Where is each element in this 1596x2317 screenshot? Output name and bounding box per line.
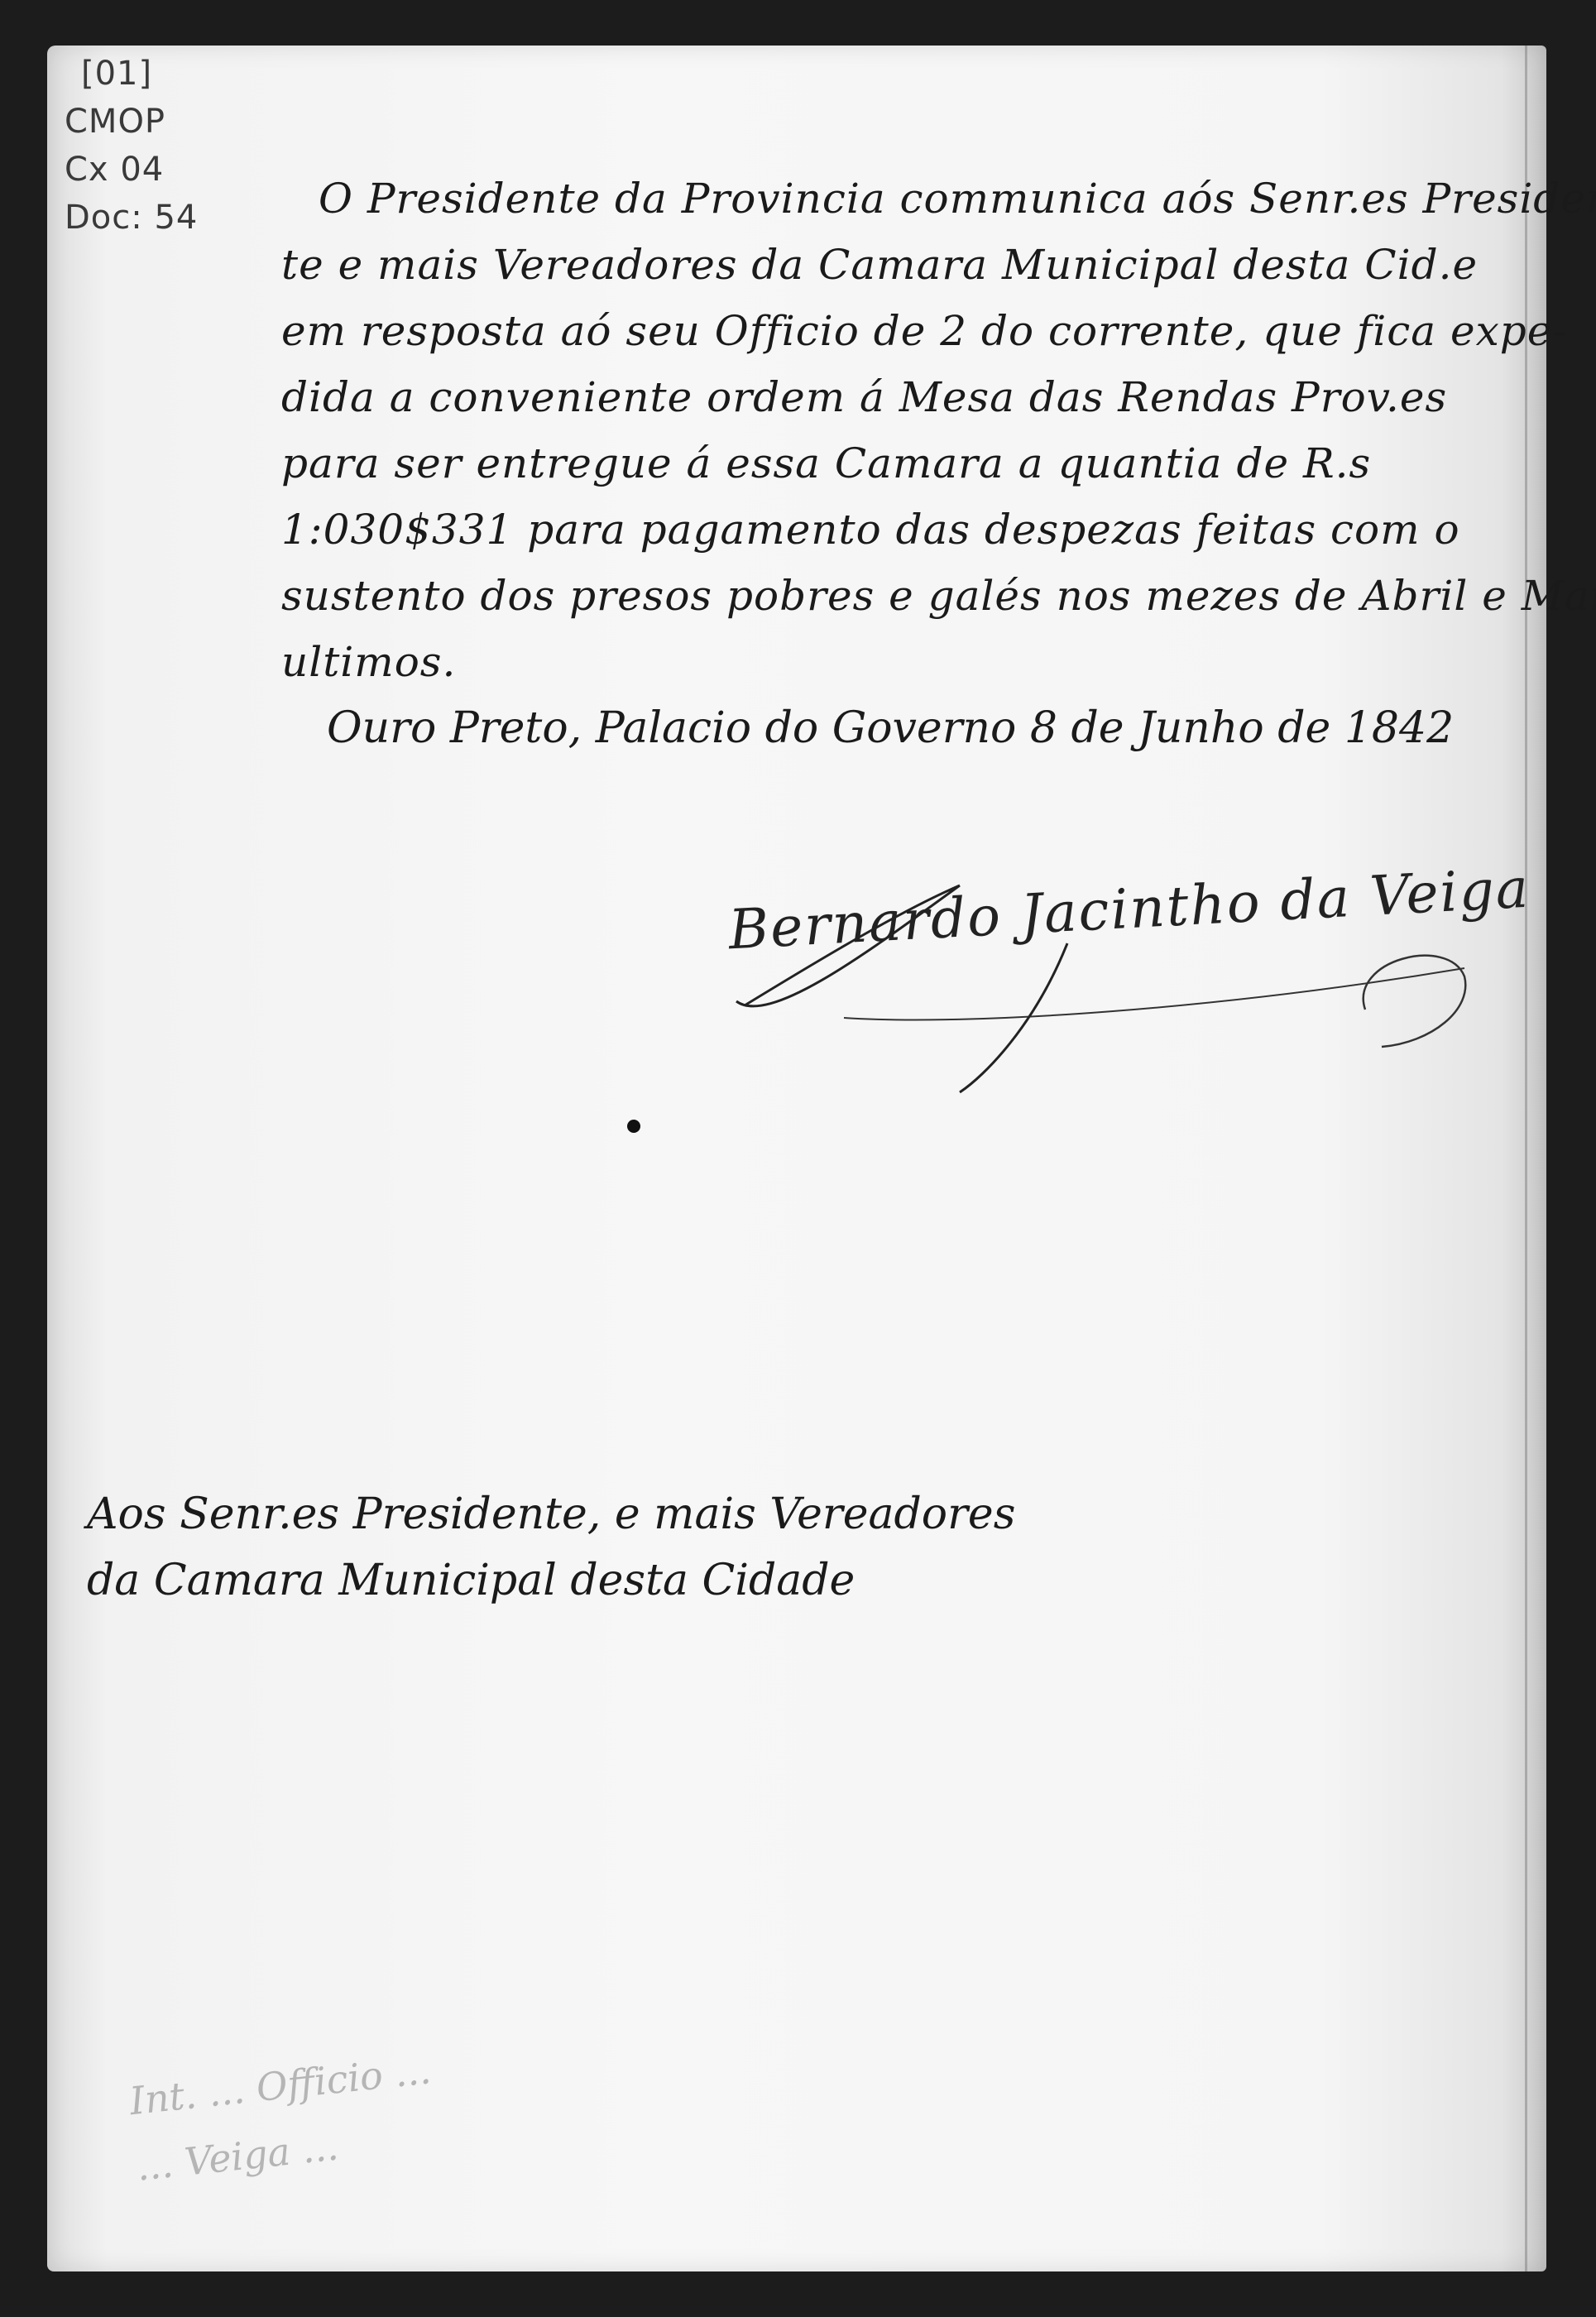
place-date-line: Ouro Preto, Palacio do Governo 8 de Junh… <box>327 703 1454 753</box>
archive-reference-note: [01] CMOP Cx 04 Doc: 54 <box>65 50 198 242</box>
body-line: O Presidente da Provincia communica aós … <box>281 165 1506 232</box>
archive-doc: Doc: 54 <box>65 194 198 242</box>
ink-blot <box>627 1120 640 1133</box>
body-line: 1:030$331 para pagamento das despezas fe… <box>281 496 1506 563</box>
archive-box: Cx 04 <box>65 146 198 194</box>
address-line: Aos Senr.es Presidente, e mais Vereadore… <box>87 1481 1015 1547</box>
archive-collection: CMOP <box>65 98 198 146</box>
letter-body: O Presidente da Provincia communica aós … <box>281 165 1506 695</box>
body-line: ultimos. <box>281 629 1506 695</box>
address-line: da Camara Municipal desta Cidade <box>87 1547 1015 1614</box>
page-fold-line <box>1525 46 1527 2271</box>
archive-item-number: [01] <box>65 50 198 98</box>
addressee-block: Aos Senr.es Presidente, e mais Vereadore… <box>87 1481 1015 1614</box>
body-line: te e mais Vereadores da Camara Municipal… <box>281 232 1506 298</box>
body-line: dida a conveniente ordem á Mesa das Rend… <box>281 364 1506 430</box>
body-line: em resposta aó seu Officio de 2 do corre… <box>281 298 1506 364</box>
body-line: sustento dos presos pobres e galés nos m… <box>281 563 1506 629</box>
body-line: para ser entregue á essa Camara a quanti… <box>281 430 1506 496</box>
